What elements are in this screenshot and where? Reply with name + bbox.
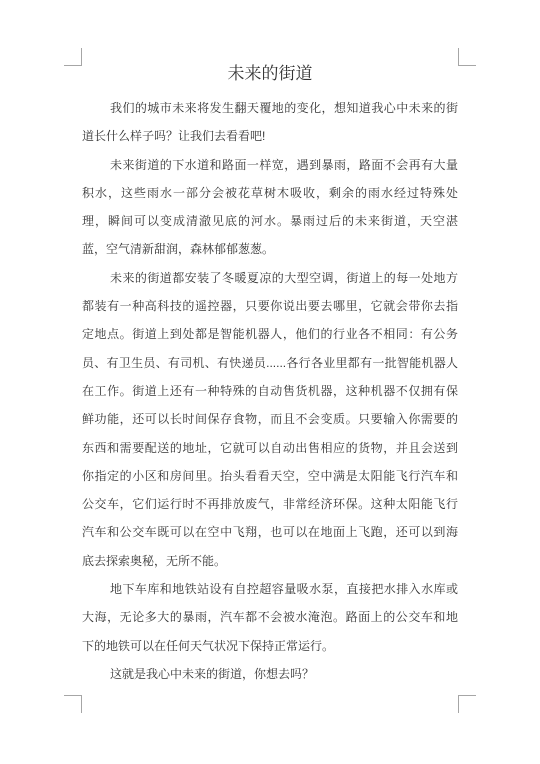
text-line: 地下车库和地铁站设有自控超容量吸水泵，直接把水排入水库或 [82,575,458,603]
text-line: 底去探索奥秘，无所不能。 [82,547,458,575]
crop-mark-bottom-left [64,695,82,713]
text-line: 定地点。街道上到处都是智能机器人，他们的行业各不相同：有公务 [82,320,458,348]
crop-mark-top-right [458,48,476,66]
crop-mark-bottom-right [458,695,476,713]
paragraph: 未来的街道都安装了冬暖夏凉的大型空调，街道上的每一处地方都装有一种高科技的遥控器… [82,264,458,575]
text-line: 你指定的小区和房间里。抬头看看天空，空中满是太阳能飞行汽车和 [82,462,458,490]
text-line: 公交车，它们运行时不再排放废气，非常经济环保。这种太阳能飞行 [82,490,458,518]
document-content: 未来的街道 我们的城市未来将发生翻天覆地的变化，想知道我心中未来的街道长什么样子… [82,59,458,688]
text-line: 未来街道的下水道和路面一样宽，遇到暴雨，路面不会再有大量 [82,151,458,179]
text-line: 理，瞬间可以变成清澈见底的河水。暴雨过后的未来街道，天空湛 [82,207,458,235]
text-line: 道长什么样子吗？让我们去看看吧! [82,122,458,150]
paragraph: 未来街道的下水道和路面一样宽，遇到暴雨，路面不会再有大量积水，这些雨水一部分会被… [82,151,458,264]
text-line: 鲜功能，还可以长时间保存食物，而且不会变质。只要输入你需要的 [82,405,458,433]
text-line: 下的地铁可以在任何天气状况下保持正常运行。 [82,632,458,660]
paragraphs-container: 我们的城市未来将发生翻天覆地的变化，想知道我心中未来的街道长什么样子吗？让我们去… [82,94,458,688]
paragraph: 我们的城市未来将发生翻天覆地的变化，想知道我心中未来的街道长什么样子吗？让我们去… [82,94,458,151]
paragraph: 这就是我心中未来的街道，你想去吗？ [82,660,458,688]
text-line: 积水，这些雨水一部分会被花草树木吸收，剩余的雨水经过特殊处 [82,179,458,207]
text-line: 我们的城市未来将发生翻天覆地的变化，想知道我心中未来的街 [82,94,458,122]
text-line: 都装有一种高科技的遥控器，只要你说出要去哪里，它就会带你去指 [82,292,458,320]
crop-mark-top-left [64,48,82,66]
paragraph: 地下车库和地铁站设有自控超容量吸水泵，直接把水排入水库或大海，无论多大的暴雨，汽… [82,575,458,660]
text-line: 汽车和公交车既可以在空中飞翔，也可以在地面上飞跑，还可以到海 [82,518,458,546]
text-line: 员、有卫生员、有司机、有快递员......各行各业里都有一批智能机器人 [82,349,458,377]
document-title: 未来的街道 [82,59,458,89]
text-line: 未来的街道都安装了冬暖夏凉的大型空调，街道上的每一处地方 [82,264,458,292]
text-line: 这就是我心中未来的街道，你想去吗？ [82,660,458,688]
text-line: 在工作。街道上还有一种特殊的自动售货机器，这种机器不仅拥有保 [82,377,458,405]
text-line: 大海，无论多大的暴雨，汽车都不会被水淹泡。路面上的公交车和地 [82,603,458,631]
document-page: 未来的街道 我们的城市未来将发生翻天覆地的变化，想知道我心中未来的街道长什么样子… [0,0,540,764]
text-line: 蓝，空气清新甜润，森林郁郁葱葱。 [82,235,458,263]
text-line: 东西和需要配送的地址，它就可以自动出售相应的货物，并且会送到 [82,434,458,462]
